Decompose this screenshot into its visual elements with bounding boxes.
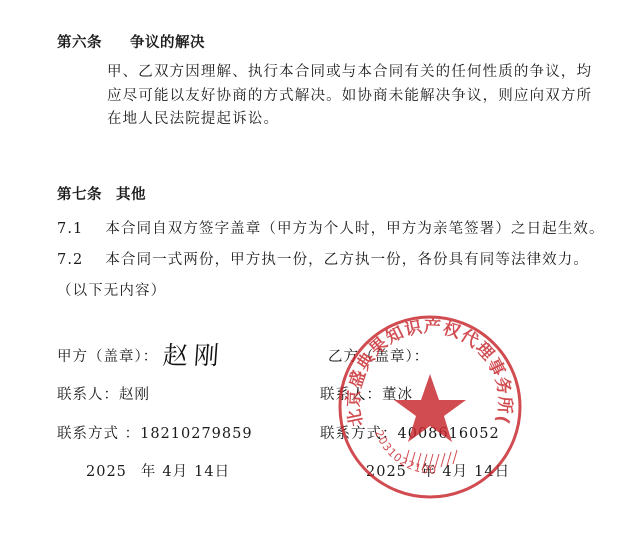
date-year: 2025 bbox=[86, 464, 127, 480]
article6-paragraph: 甲、乙双方因理解、执行本合同或与本合同有关的任何性质的争议，均 应尽可能以友好协… bbox=[107, 61, 587, 132]
date-day-unit: 日 bbox=[215, 464, 231, 480]
clause-7-1: 7.1本合同自双方签字盖章（甲方为个人时，甲方为亲笔签署）之日起生效。 bbox=[57, 217, 605, 238]
party-a-handwritten-signature: 赵刚 bbox=[162, 336, 227, 372]
party-a-contact: 联系人：赵刚 bbox=[57, 383, 150, 404]
date-year: 2025 bbox=[366, 464, 407, 480]
article6-number: 第六条 bbox=[57, 35, 102, 51]
contact-label: 联系人： bbox=[57, 387, 119, 403]
clause-7-2: 7.2本合同一式两份，甲方执一份，乙方执一份，各份具有同等法律效力。 bbox=[57, 248, 589, 269]
contact-label: 联系人： bbox=[320, 387, 382, 403]
contact-name: 赵刚 bbox=[119, 387, 150, 403]
article6-title: 争议的解决 bbox=[130, 35, 205, 51]
clause-text: 本合同自双方签字盖章（甲方为个人时，甲方为亲笔签署）之日起生效。 bbox=[105, 221, 604, 237]
phone-number: 18210279859 bbox=[140, 426, 252, 442]
seal-arc-text: 北京盛典果知识产权代理事务所(普通合伙) bbox=[335, 312, 516, 428]
article7-heading: 第七条其他 bbox=[57, 183, 146, 204]
date-day: 14 bbox=[474, 464, 494, 480]
clause-text: 本合同一式两份，甲方执一份，乙方执一份，各份具有同等法律效力。 bbox=[105, 252, 589, 268]
phone-label: 联系方式 ： bbox=[57, 426, 140, 442]
date-year-unit: 年 bbox=[421, 464, 437, 480]
party-b-phone: 联系方式：4008616052 bbox=[320, 422, 500, 443]
phone-number: 4008616052 bbox=[398, 426, 500, 442]
end-note: （以下无内容） bbox=[57, 279, 166, 300]
party-a-phone: 联系方式 ：18210279859 bbox=[57, 422, 253, 443]
article6-heading: 第六条争议的解决 bbox=[57, 31, 205, 52]
clause-number: 7.1 bbox=[57, 221, 83, 237]
contact-name: 董冰 bbox=[382, 387, 413, 403]
article6-line-3: 在地人民法院提起诉讼。 bbox=[107, 108, 587, 132]
article7-number: 第七条 bbox=[57, 187, 102, 203]
date-month-unit: 月 bbox=[173, 464, 189, 480]
article7-title: 其他 bbox=[116, 187, 146, 203]
article6-line-2: 应尽可能以友好协商的方式解决。如协商未能解决争议，则应向双方所 bbox=[107, 85, 587, 109]
date-month: 4 bbox=[162, 464, 172, 480]
date-month: 4 bbox=[442, 464, 452, 480]
clause-number: 7.2 bbox=[57, 252, 83, 268]
article6-line-1: 甲、乙双方因理解、执行本合同或与本合同有关的任何性质的争议，均 bbox=[107, 61, 587, 85]
party-b-seal-label: 乙方（盖章）： bbox=[328, 345, 429, 366]
party-b-contact: 联系人：董冰 bbox=[320, 383, 413, 404]
date-month-unit: 月 bbox=[453, 464, 469, 480]
party-a-seal-label: 甲方（盖章）： bbox=[57, 345, 158, 366]
party-a-date: 2025年4月14日 bbox=[86, 460, 230, 481]
phone-label: 联系方式： bbox=[320, 426, 398, 442]
date-day-unit: 日 bbox=[495, 464, 511, 480]
date-day: 14 bbox=[194, 464, 214, 480]
party-b-date: 2025年4月14日 bbox=[366, 460, 510, 481]
date-year-unit: 年 bbox=[141, 464, 157, 480]
